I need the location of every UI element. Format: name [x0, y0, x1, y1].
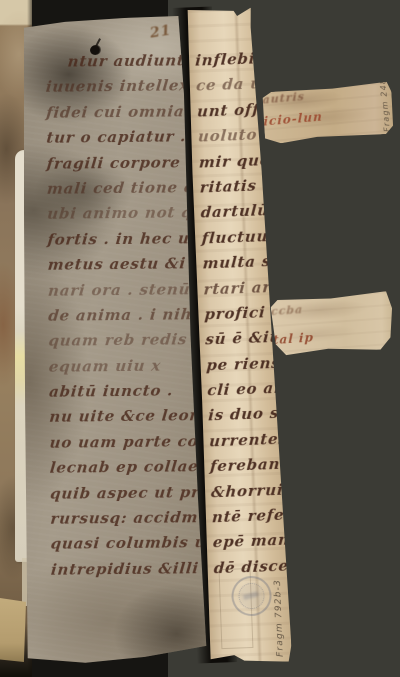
- text-line-left: uo uam parte conc: [48, 432, 210, 459]
- text-line-right: epē manu: [212, 531, 292, 559]
- text-line-left: rursusq: accidm me: [49, 508, 211, 535]
- text-line-right: ntē refere: [211, 506, 291, 534]
- text-line-left: quasi columbis ur: [49, 534, 211, 561]
- text-line-left: nu uite &ce leon: [48, 407, 210, 434]
- text-line-left: intrepidius &illi qui: [49, 559, 211, 586]
- guard-strip-tail: [22, 558, 27, 606]
- manuscript-leaf: 21 ntur audiunt .iuuenis intellexit qt s…: [24, 16, 210, 666]
- manuscript-photo: 21 ntur audiunt .iuuenis intellexit qt s…: [0, 0, 400, 677]
- text-line-left: iuuenis intellexit qt scā: [44, 77, 206, 104]
- fragment-mid-right: ccba tal ip: [270, 291, 395, 357]
- fragment-red-text: tal ip: [273, 330, 314, 347]
- text-line-right: &horrui: [210, 480, 290, 508]
- text-line-left: lecnab ep collaeuln: [48, 457, 210, 484]
- text-line-left: quib aspec ut primis: [49, 483, 211, 510]
- text-line-left: fidei cui omnia uiu: [45, 102, 207, 129]
- text-line-left: equam uiu x: [47, 356, 209, 383]
- text-line-right: pe riens &tr: [205, 353, 285, 381]
- text-line-left: fragili corpore pri: [45, 153, 207, 180]
- text-line-left: tur o capiatur . Igitur b: [45, 127, 207, 154]
- folio-number: 21: [149, 22, 173, 41]
- fragment-faded-text: ccba: [271, 303, 304, 318]
- text-line-left: nari ora . stenū pe: [47, 280, 209, 307]
- text-line-left: metus aestu &i &cui: [46, 254, 208, 281]
- strip-fragment-label: Fragm 792b-3: [273, 579, 286, 657]
- binding-bottom-piece: [0, 598, 26, 662]
- text-line-left: quam reb redis: [47, 330, 209, 357]
- text-line-right: urrentes .: [208, 429, 288, 457]
- text-line-right: ferebant: [209, 455, 289, 483]
- text-line-left: ubi animo not q: [46, 203, 208, 230]
- text-line-left: abitū iuncto .: [48, 381, 210, 408]
- text-line-left: fortis . in hec uerba: [46, 229, 208, 256]
- text-line-right: is duo sam: [207, 404, 287, 432]
- text-line-left: mali ced tione ca: [45, 178, 207, 205]
- text-line-right: cli eo animi: [206, 379, 286, 407]
- fragment-red-text: icio-lun: [263, 109, 322, 128]
- text-line-left: de anima . i nihil ultra: [47, 305, 209, 332]
